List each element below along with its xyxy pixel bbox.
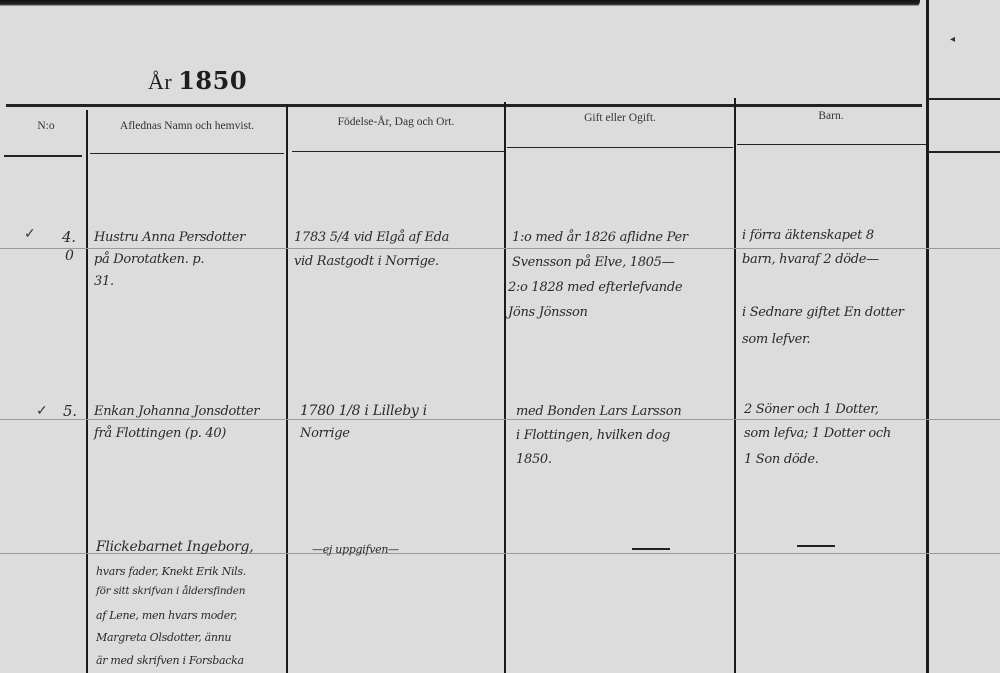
column-header-birth: Födelse-År, Dag och Ort.	[288, 106, 504, 138]
children-line: som lefva; 1 Dotter och	[744, 424, 891, 443]
children-line: i Sednare giftet En dotter	[742, 303, 904, 322]
header-bottom-rule	[4, 155, 82, 157]
children-line: som lefver.	[742, 330, 810, 349]
name-line: är med skrifven i Forsbacka	[96, 651, 244, 670]
column-header-name: Aflednas Namn och hemvist.	[88, 110, 286, 142]
column-divider	[504, 102, 506, 673]
married-line: 1850.	[516, 450, 552, 469]
column-divider	[734, 98, 736, 673]
column-header-no: N:o	[6, 110, 86, 142]
side-rule-bottom	[928, 151, 1000, 153]
side-rule-top	[928, 98, 1000, 100]
entry-number: 5.	[63, 402, 77, 421]
birth-line: 1780 1/8 i Lilleby i	[300, 402, 427, 421]
check-mark: ✓	[24, 226, 36, 242]
year-value: 1850	[178, 66, 247, 95]
name-line: Enkan Johanna Jonsdotter	[94, 402, 259, 421]
name-line: af Lene, men hvars moder,	[96, 606, 237, 625]
name-line: Margreta Olsdotter, ännu	[96, 628, 231, 647]
name-line: för sitt skrifvan i åldersfinden	[96, 582, 245, 601]
married-line: 2:o 1828 med efterlefvande	[508, 278, 682, 297]
scan-edge	[0, 0, 920, 6]
name-line: Flickebarnet Ingeborg,	[96, 538, 253, 557]
entry-number: 4.	[62, 228, 76, 247]
year-label: År	[148, 69, 172, 94]
name-line: 31.	[94, 272, 114, 291]
ruled-line	[0, 248, 1000, 249]
birth-line: —ej uppgifven—	[312, 540, 399, 559]
header-bottom-rule	[507, 147, 733, 148]
ink-mark: ◂	[950, 34, 955, 45]
check-mark: ✓	[36, 403, 48, 419]
register-page: ◂ År 1850 N:o Aflednas Namn och hemvist.…	[0, 0, 1000, 673]
header-bottom-rule	[90, 153, 284, 154]
children-line: barn, hvaraf 2 döde—	[742, 250, 879, 269]
header-bottom-rule	[737, 144, 927, 145]
column-divider	[86, 110, 88, 673]
children-line: i förra äktenskapet 8	[742, 226, 874, 245]
column-header-married: Gift eller Ogift.	[506, 102, 734, 134]
empty-dash-married	[632, 548, 670, 550]
children-line: 1 Son döde.	[744, 450, 819, 469]
name-line: hvars fader, Knekt Erik Nils.	[96, 562, 246, 581]
column-header-children: Barn.	[736, 100, 926, 132]
married-line: Jöns Jönsson	[508, 303, 588, 322]
married-line: Svensson på Elve, 1805—	[512, 253, 674, 272]
children-line: 2 Söner och 1 Dotter,	[744, 400, 879, 419]
page-edge-line	[926, 0, 929, 673]
name-line: frå Flottingen (p. 40)	[94, 424, 226, 443]
name-line: på Dorotatken. p.	[94, 250, 204, 269]
entry-sub-number: 0	[65, 247, 74, 266]
column-divider	[286, 105, 288, 673]
married-line: med Bonden Lars Larsson	[516, 402, 681, 421]
birth-line: 1783 5/4 vid Elgå af Eda	[294, 228, 449, 247]
name-line: Hustru Anna Persdotter	[94, 228, 245, 247]
header-bottom-rule	[292, 151, 504, 152]
married-line: 1:o med år 1826 aflidne Per	[512, 228, 688, 247]
page-title: År 1850	[148, 66, 247, 95]
birth-line: vid Rastgodt i Norrige.	[294, 252, 439, 271]
empty-dash-children	[797, 545, 835, 547]
married-line: i Flottingen, hvilken dog	[516, 426, 670, 445]
birth-line: Norrige	[300, 424, 350, 443]
